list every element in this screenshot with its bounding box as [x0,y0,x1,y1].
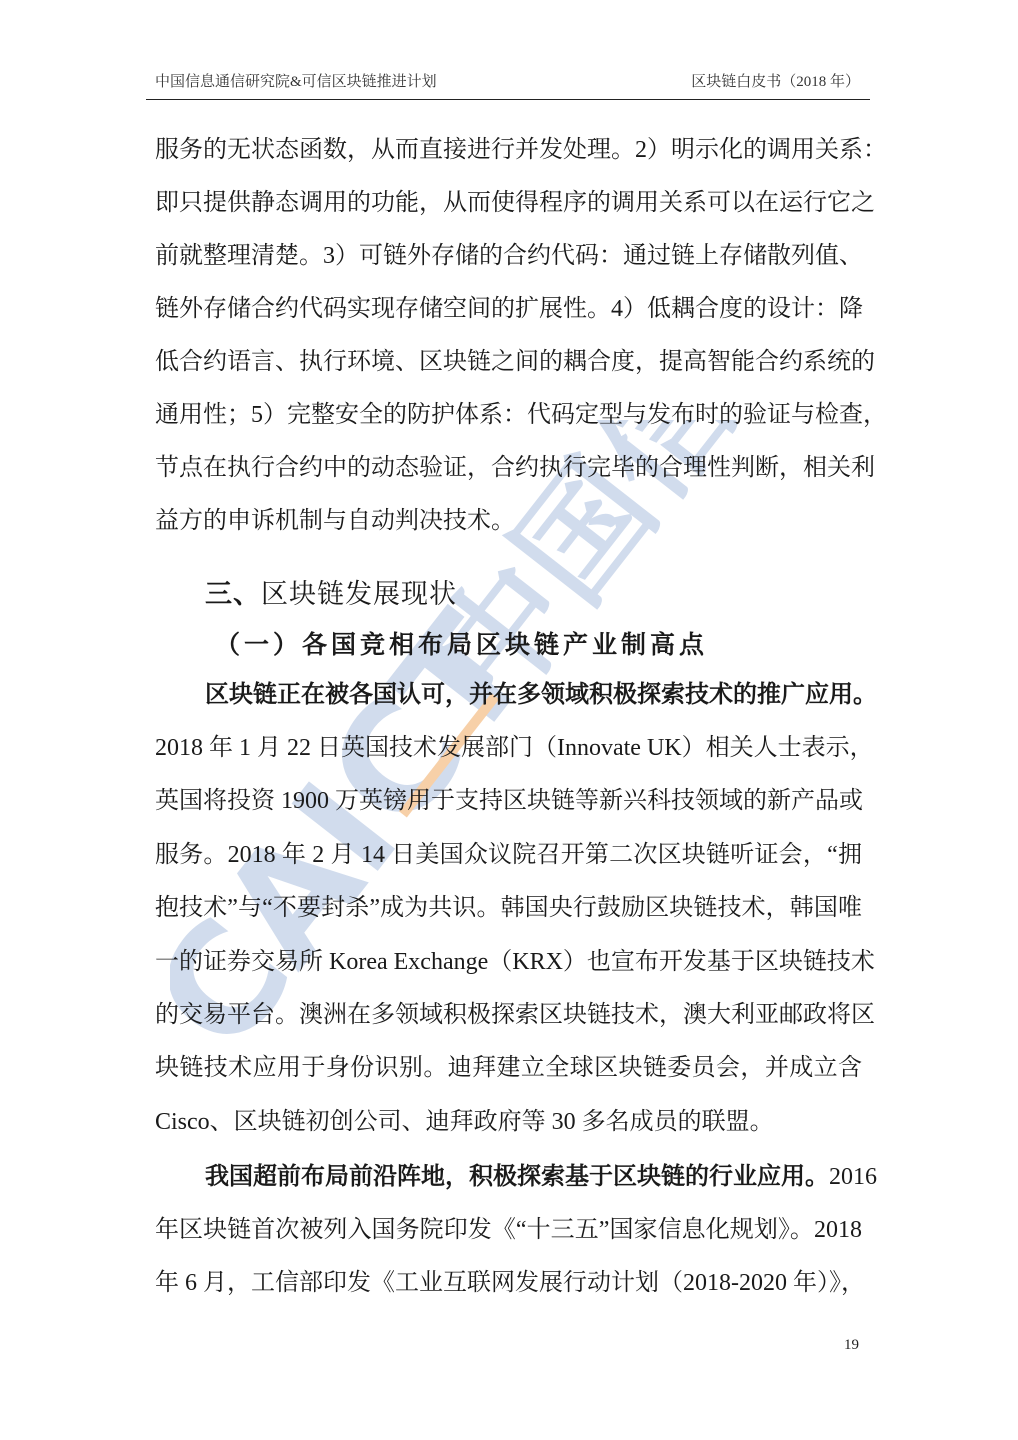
text-line: 年 6 月，工信部印发《工业互联网发展行动计划（2018-2020 年）》， [155,1266,862,1300]
text-line: 年区块链首次被列入国务院印发《“十三五”国家信息化规划》。2018 [155,1213,862,1247]
subsection-heading: （一）各国竞相布局区块链产业制高点 [215,625,708,661]
text-line: 抱技术”与“不要封杀”成为共识。韩国央行鼓励区块链技术，韩国唯 [155,891,862,925]
header-divider [146,99,870,100]
text-line: 英国将投资 1900 万英镑用于支持区块链等新兴科技领域的新产品或 [155,784,862,818]
paragraph-lead-tail: 2016 [829,1164,877,1190]
text-line: 节点在执行合约中的动态验证，合约执行完毕的合理性判断，相关利 [155,451,862,485]
text-line: 的交易平台。澳洲在多领域积极探索区块链技术，澳大利亚邮政将区 [155,998,862,1032]
paragraph-lead-bold: 我国超前布局前沿阵地，积极探索基于区块链的行业应用。 [205,1164,829,1190]
page-header: 中国信息通信研究院&可信区块链推进计划 区块链白皮书（2018 年） [155,70,860,94]
text-line: 服务。2018 年 2 月 14 日美国众议院召开第二次区块链听证会，“拥 [155,838,862,872]
paragraph-lead-line: 我国超前布局前沿阵地，积极探索基于区块链的行业应用。2016 [205,1160,862,1194]
text-line: 益方的申诉机制与自动判决技术。 [155,504,862,538]
document-page: CAICT 中国信通院 中国信息通信研究院&可信区块链推进计划 区块链白皮书（2… [0,0,1018,1440]
text-line: 块链技术应用于身份识别。迪拜建立全球区块链委员会，并成立含 [155,1051,862,1085]
text-line: 低合约语言、执行环境、区块链之间的耦合度，提高智能合约系统的 [155,345,862,379]
header-document-title: 区块链白皮书（2018 年） [691,70,860,91]
text-line: 一的证券交易所 Korea Exchange（KRX）也宣布开发基于区块链技术 [155,945,862,979]
paragraph-lead-bold: 区块链正在被各国认可，并在多领域积极探索技术的推广应用。 [205,678,862,712]
section-number: 三、 [205,579,261,610]
text-line: 即只提供静态调用的功能，从而使得程序的调用关系可以在运行它之 [155,186,862,220]
text-line: 链外存储合约代码实现存储空间的扩展性。4）低耦合度的设计：降 [155,292,862,326]
page-number: 19 [844,1337,859,1354]
text-line: 通用性；5）完整安全的防护体系：代码定型与发布时的验证与检查， [155,398,862,432]
header-organization: 中国信息通信研究院&可信区块链推进计划 [155,70,437,91]
section-heading: 三、区块链发展现状 [205,572,457,611]
section-title: 区块链发展现状 [261,579,457,610]
text-line: 前就整理清楚。3）可链外存储的合约代码：通过链上存储散列值、 [155,239,862,273]
text-line: 2018 年 1 月 22 日英国技术发展部门（Innovate UK）相关人士… [155,731,862,765]
text-line: Cisco、区块链初创公司、迪拜政府等 30 多名成员的联盟。 [155,1105,862,1139]
text-line: 服务的无状态函数，从而直接进行并发处理。2）明示化的调用关系： [155,133,862,167]
